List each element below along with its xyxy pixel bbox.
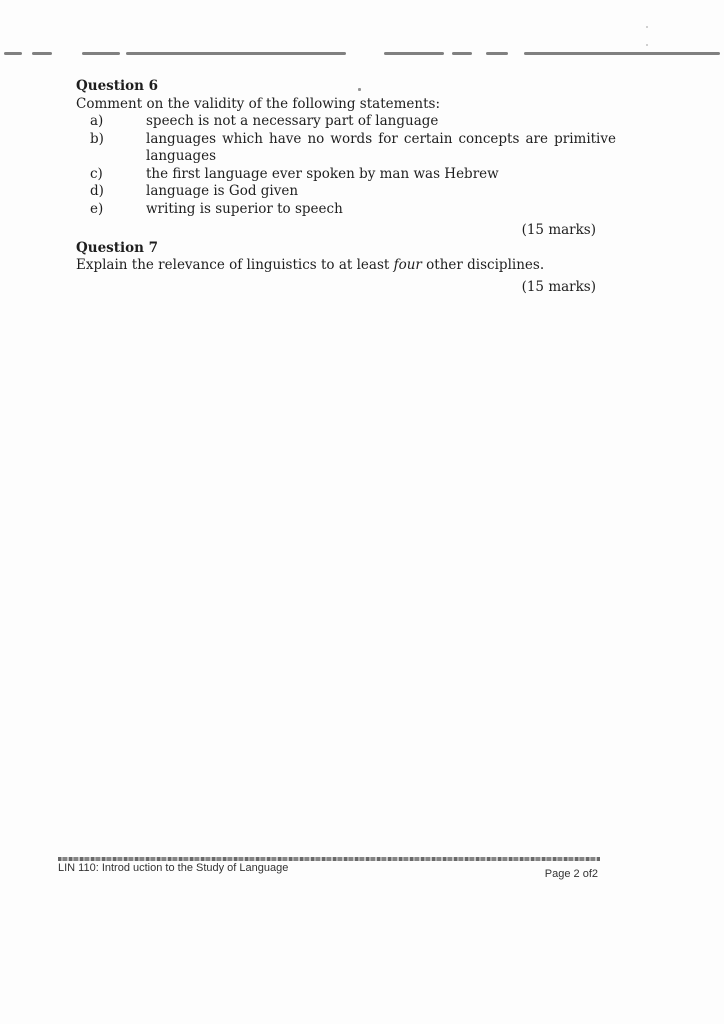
item-label: c): [76, 166, 146, 184]
marks: (15 marks): [76, 279, 596, 297]
scan-speck: [646, 44, 648, 46]
item-text: language is God given: [146, 183, 616, 201]
question-prompt: Comment on the validity of the following…: [76, 96, 616, 114]
scan-speck: [646, 26, 648, 28]
item-text: languages which have no words for certai…: [146, 131, 616, 166]
prompt-emphasis: four: [394, 257, 422, 273]
question-7: Question 7 Explain the relevance of ling…: [76, 240, 616, 297]
scan-artifact-strip: [4, 52, 720, 58]
page-number: Page 2 of2: [545, 868, 598, 880]
item-label: b): [76, 131, 146, 166]
marks: (15 marks): [76, 222, 596, 240]
item-text: the first language ever spoken by man wa…: [146, 166, 616, 184]
statement-item: d)language is God given: [76, 183, 616, 201]
item-text: speech is not a necessary part of langua…: [146, 113, 616, 131]
question-title: Question 7: [76, 240, 616, 258]
item-label: e): [76, 201, 146, 219]
item-text: writing is superior to speech: [146, 201, 616, 219]
prompt-text: Explain the relevance of linguistics to …: [76, 257, 394, 273]
prompt-text: other disciplines.: [422, 257, 544, 273]
exam-content: Question 6 Comment on the validity of th…: [76, 78, 616, 296]
course-title: LIN 110: Introd uction to the Study of L…: [58, 862, 288, 874]
statement-list: a)speech is not a necessary part of lang…: [76, 113, 616, 218]
statement-item: e)writing is superior to speech: [76, 201, 616, 219]
statement-item: c)the first language ever spoken by man …: [76, 166, 616, 184]
statement-item: a)speech is not a necessary part of lang…: [76, 113, 616, 131]
footer-rule: [58, 857, 600, 861]
question-6: Question 6 Comment on the validity of th…: [76, 78, 616, 240]
statement-item: b)languages which have no words for cert…: [76, 131, 616, 166]
item-label: a): [76, 113, 146, 131]
item-label: d): [76, 183, 146, 201]
question-prompt: Explain the relevance of linguistics to …: [76, 257, 616, 275]
question-title: Question 6: [76, 78, 616, 96]
